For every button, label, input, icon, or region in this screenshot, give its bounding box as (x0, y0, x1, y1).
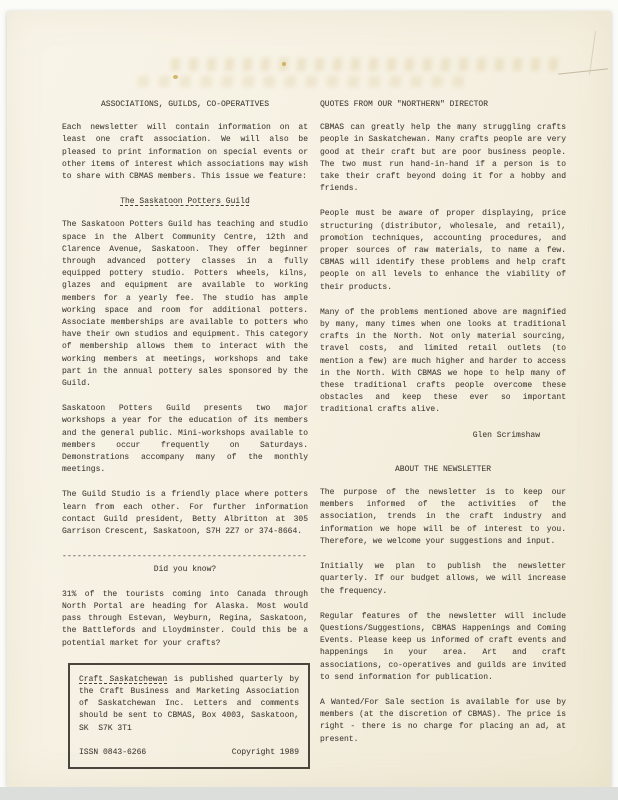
bleed-through-marks (129, 58, 602, 98)
feature-heading-text: The Saskatoon Potters Guild (120, 197, 250, 206)
copyright-notice: Copyright 1989 (232, 747, 299, 759)
quote-paragraph: People must be aware of proper displayin… (320, 208, 566, 293)
did-you-know-heading: Did you know? (62, 564, 308, 576)
section-heading-about: ABOUT THE NEWSLETTER (320, 464, 566, 476)
masthead-box: Craft Saskatchewan is published quarterl… (68, 663, 310, 769)
quote-paragraph: CBMAS can greatly help the many struggli… (320, 122, 566, 195)
issn-number: ISSN 0843-6266 (79, 747, 146, 759)
about-paragraph: The purpose of the newsletter is to keep… (320, 487, 566, 548)
left-column: ASSOCIATIONS, GUILDS, CO-OPERATIVES Each… (62, 99, 308, 769)
section-heading-quotes: QUOTES FROM OUR "NORTHERN" DIRECTOR (320, 99, 566, 111)
masthead-paragraph: Craft Saskatchewan is published quarterl… (79, 674, 299, 735)
did-you-know-paragraph: 31% of the tourists coming into Canada t… (62, 589, 308, 650)
director-signature: Glen Scrimshaw (320, 430, 566, 442)
bleed-through-row (137, 76, 468, 87)
masthead-footer-row: ISSN 0843-6266 Copyright 1989 (79, 747, 299, 759)
bleed-through-row (170, 58, 566, 71)
intro-paragraph: Each newsletter will contain information… (62, 122, 308, 183)
paper-speck (282, 62, 286, 66)
feature-heading: The Saskatoon Potters Guild (62, 196, 308, 208)
right-column: QUOTES FROM OUR "NORTHERN" DIRECTOR CBMA… (320, 99, 566, 759)
feature-paragraph: Saskatoon Potters Guild presents two maj… (62, 403, 308, 476)
about-paragraph: Initially we plan to publish the newslet… (320, 561, 566, 598)
feature-paragraph: The Saskatoon Potters Guild has teaching… (62, 219, 308, 390)
about-paragraph: Regular features of the newsletter will … (320, 611, 566, 684)
dashed-divider: ----------------------------------------… (62, 551, 308, 563)
paper-speck (173, 75, 178, 79)
section-heading-associations: ASSOCIATIONS, GUILDS, CO-OPERATIVES (62, 99, 308, 111)
quote-paragraph: Many of the problems mentioned above are… (320, 307, 566, 417)
masthead-title: Craft Saskatchewan (79, 675, 167, 684)
newsletter-page: ASSOCIATIONS, GUILDS, CO-OPERATIVES Each… (7, 11, 611, 787)
scanner-edge (0, 787, 618, 800)
about-paragraph: A Wanted/For Sale section is available f… (320, 697, 566, 746)
feature-paragraph: The Guild Studio is a friendly place whe… (62, 489, 308, 538)
